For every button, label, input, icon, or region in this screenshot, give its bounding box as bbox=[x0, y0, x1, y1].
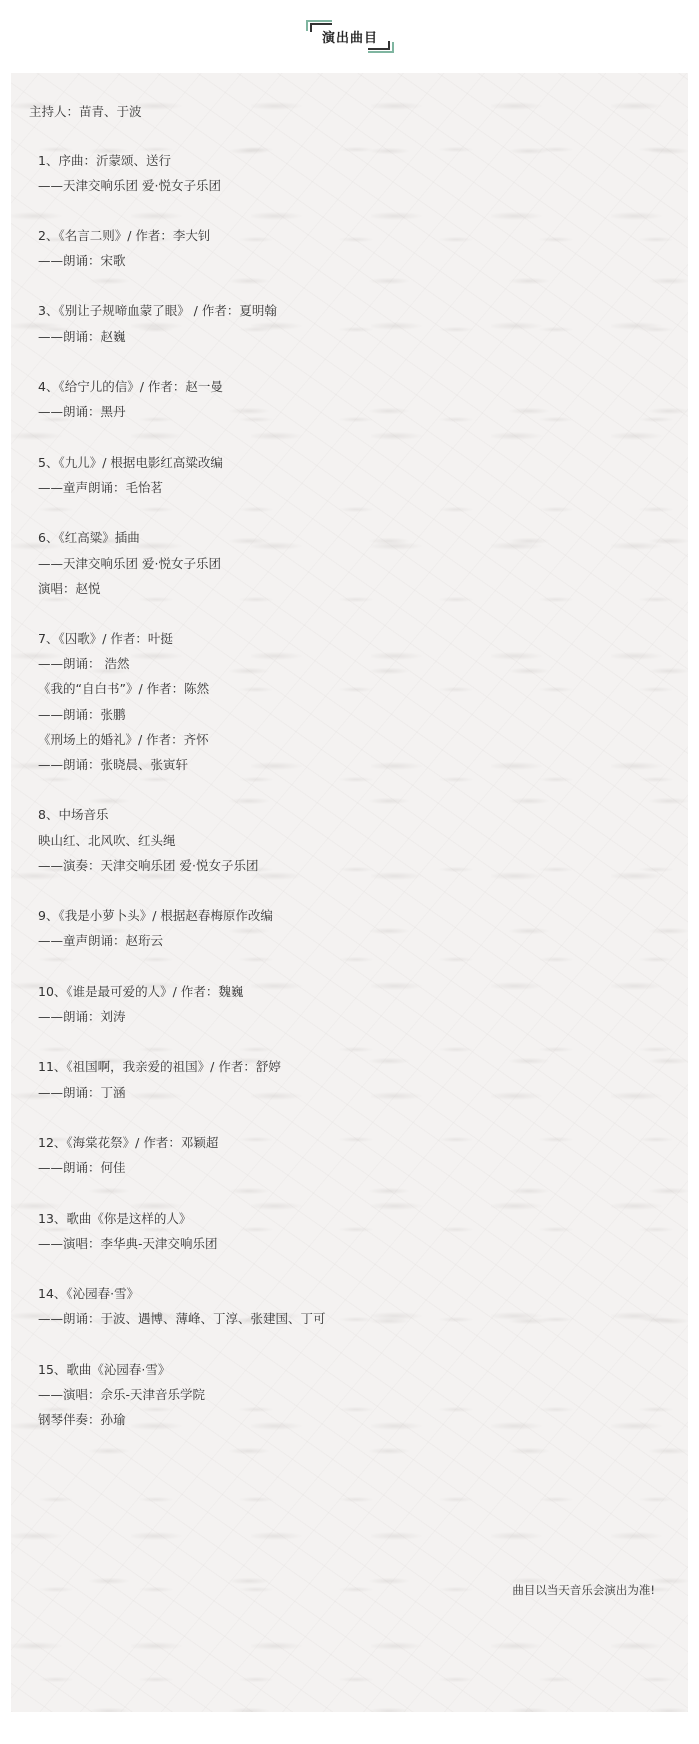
host-line: 主持人：苗青、于波 bbox=[29, 104, 142, 120]
program-item-2-title: 2、《名言二则》/ 作者：李大钊 bbox=[38, 228, 210, 244]
program-item-7-subtitle-1: 《我的“自白书”》/ 作者：陈然 bbox=[38, 681, 209, 697]
program-panel: 主持人：苗青、于波 1、序曲：沂蒙颂、送行 ——天津交响乐团 爱·悦女子乐团 2… bbox=[11, 73, 688, 1712]
program-item-13-title: 13、歌曲《你是这样的人》 bbox=[38, 1211, 191, 1227]
program-item-15-accompanist: 钢琴伴奏：孙瑜 bbox=[38, 1412, 126, 1428]
program-item-10-performer: ——朗诵：刘涛 bbox=[38, 1009, 126, 1025]
program-item-3-performer: ——朗诵：赵巍 bbox=[38, 329, 126, 345]
program-item-14-performer: ——朗诵：于波、遇博、薄峰、丁淳、张建国、丁可 bbox=[38, 1311, 326, 1327]
program-item-4-title: 4、《给宁儿的信》/ 作者：赵一曼 bbox=[38, 379, 223, 395]
program-item-7-title: 7、《囚歌》/ 作者：叶挺 bbox=[38, 631, 173, 647]
program-item-12-performer: ——朗诵：何佳 bbox=[38, 1160, 126, 1176]
program-item-2-performer: ——朗诵：宋歌 bbox=[38, 253, 126, 269]
program-item-11-performer: ——朗诵：丁涵 bbox=[38, 1085, 126, 1101]
program-item-10-title: 10、《谁是最可爱的人》/ 作者：魏巍 bbox=[38, 984, 243, 1000]
program-item-8-title: 8、中场音乐 bbox=[38, 807, 108, 823]
program-item-12-title: 12、《海棠花祭》/ 作者：邓颖超 bbox=[38, 1135, 218, 1151]
program-item-5-performer: ——童声朗诵：毛怡茗 bbox=[38, 480, 163, 496]
program-item-6-title: 6、《红高粱》插曲 bbox=[38, 530, 140, 546]
program-item-1-title: 1、序曲：沂蒙颂、送行 bbox=[38, 153, 171, 169]
program-item-9-performer: ——童声朗诵：赵珩云 bbox=[38, 933, 163, 949]
footer-note: 曲目以当天音乐会演出为准! bbox=[512, 1582, 655, 1598]
program-item-1-performer: ——天津交响乐团 爱·悦女子乐团 bbox=[38, 178, 221, 194]
program-item-3-title: 3、《别让子规啼血蒙了眼》 / 作者：夏明翰 bbox=[38, 303, 277, 319]
title-bracket-frame: 演出曲目 bbox=[306, 20, 394, 53]
program-item-5-title: 5、《九儿》/ 根据电影红高粱改编 bbox=[38, 455, 223, 471]
program-item-8-songs: 映山红、北风吹、红头绳 bbox=[38, 833, 176, 849]
program-item-11-title: 11、《祖国啊，我亲爱的祖国》/ 作者：舒婷 bbox=[38, 1059, 281, 1075]
program-item-7-performer-2: ——朗诵：张晓晨、张寅轩 bbox=[38, 757, 188, 773]
program-item-8-performer: ——演奏：天津交响乐团 爱·悦女子乐团 bbox=[38, 858, 258, 874]
program-item-15-performer: ——演唱：佘乐-天津音乐学院 bbox=[38, 1387, 205, 1403]
program-item-6-vocal: 演唱：赵悦 bbox=[38, 581, 101, 597]
program-item-7-subtitle-2: 《刑场上的婚礼》/ 作者：齐怀 bbox=[38, 732, 209, 748]
program-item-14-title: 14、《沁园春·雪》 bbox=[38, 1286, 139, 1302]
program-item-15-title: 15、歌曲《沁园春·雪》 bbox=[38, 1362, 170, 1378]
section-header: 演出曲目 bbox=[0, 0, 699, 70]
program-item-9-title: 9、《我是小萝卜头》/ 根据赵春梅原作改编 bbox=[38, 908, 273, 924]
program-item-7-performer-1: ——朗诵：张鹏 bbox=[38, 707, 126, 723]
page-title: 演出曲目 bbox=[306, 27, 394, 46]
program-item-4-performer: ——朗诵：黑丹 bbox=[38, 404, 126, 420]
program-item-7-performer: ——朗诵： 浩然 bbox=[38, 656, 129, 672]
program-item-6-performer: ——天津交响乐团 爱·悦女子乐团 bbox=[38, 556, 221, 572]
program-item-13-performer: ——演唱：李华典-天津交响乐团 bbox=[38, 1236, 218, 1252]
